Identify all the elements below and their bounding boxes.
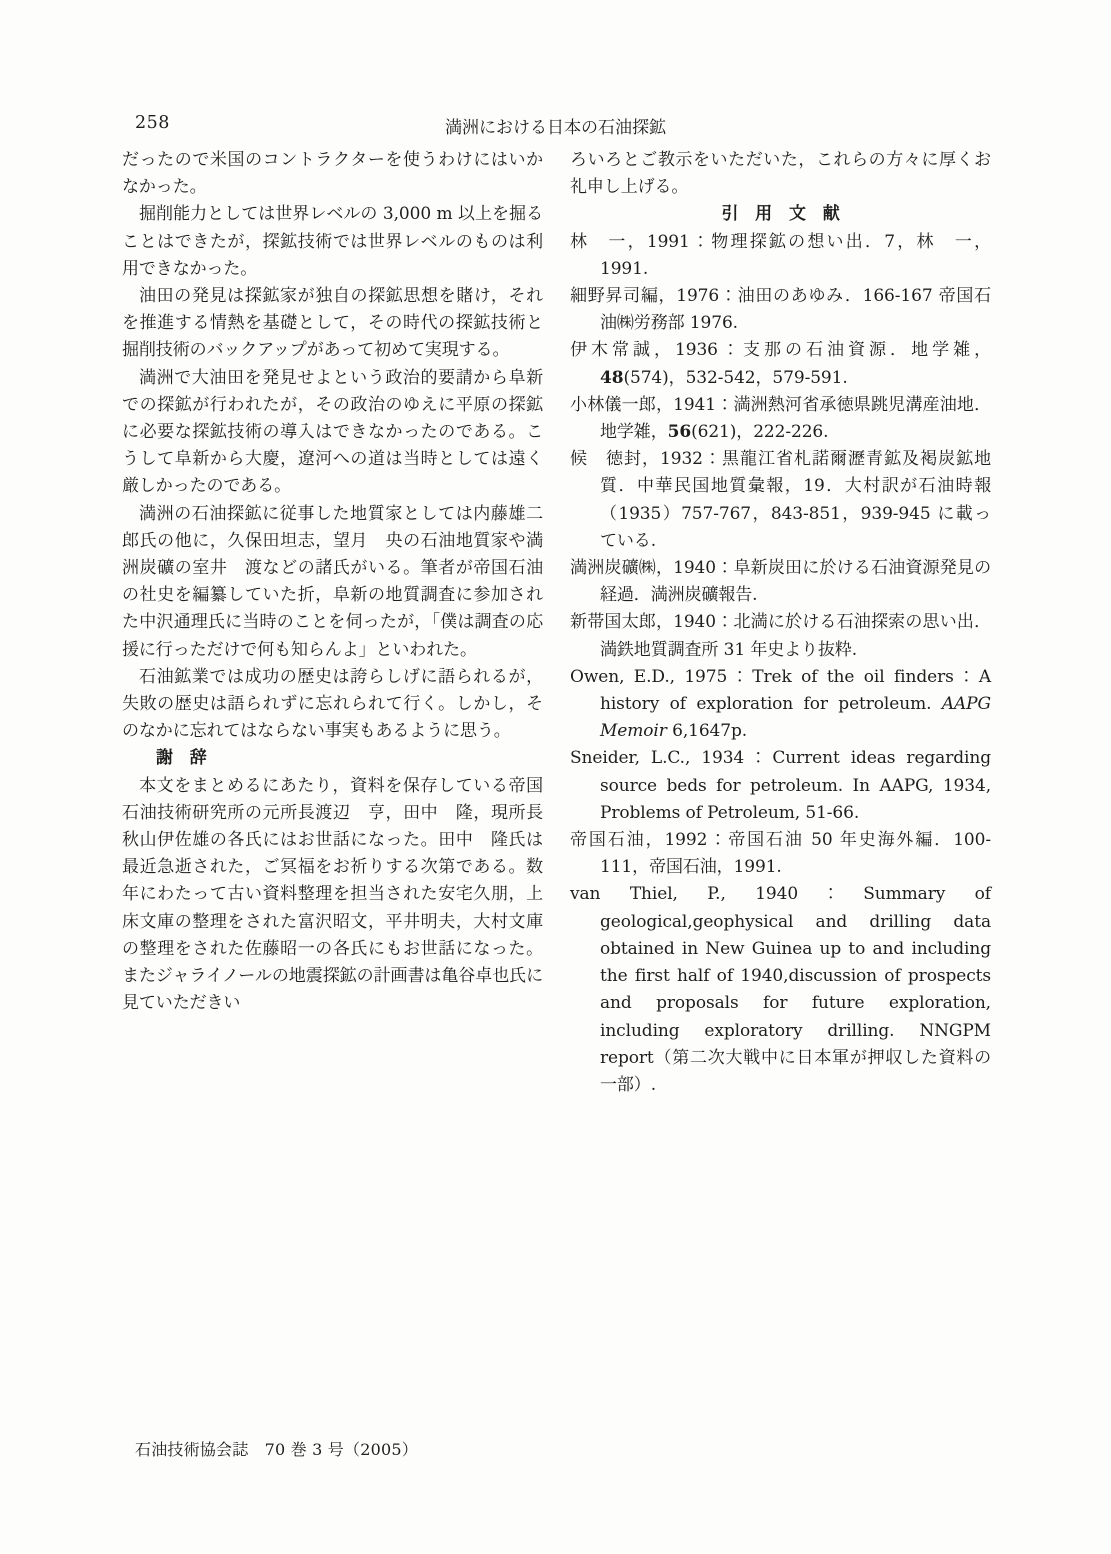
reference-text: 帝国石油，1992：帝国石油 50 年史海外編．100-111，帝国石油，199… [570,830,991,877]
acknowledgments-heading: 謝 辞 [122,745,543,772]
reference-item: 候 徳封，1932：黒龍江省札諾爾瀝青鉱及褐炭鉱地質．中華民国地質彙報，19．大… [570,446,991,555]
reference-text: 林 一，1991：物理探鉱の想い出．7，林 一，1991. [570,232,991,279]
reference-item: Owen, E.D., 1975：Trek of the oil finders… [570,664,991,746]
reference-text: 候 徳封，1932：黒龍江省札諾爾瀝青鉱及褐炭鉱地質．中華民国地質彙報，19．大… [570,449,991,551]
paragraph: 石油鉱業では成功の歴史は誇らしげに語られるが，失敗の歴史は語られずに忘れられて行… [122,664,543,746]
reference-item: 帝国石油，1992：帝国石油 50 年史海外編．100-111，帝国石油，199… [570,827,991,881]
page-header: 258 満洲における日本の石油探鉱 [0,113,1111,141]
reference-item: 小林儀一郎，1941：満洲熱河省承徳県跳児溝産油地．地学雑，56(621)，22… [570,392,991,446]
reference-item: 林 一，1991：物理探鉱の想い出．7，林 一，1991. [570,229,991,283]
reference-text: 48 [600,368,623,388]
acknowledgments-paragraph: 本文をまとめるにあたり，資料を保存している帝国石油技術研究所の元所長渡辺 亨，田… [122,773,543,1018]
left-column-paragraphs: だったので米国のコントラクターを使うわけにはいかなかった。掘削能力としては世界レ… [122,147,543,745]
paragraph: 満洲で大油田を発見せよという政治的要請から阜新での探鉱が行われたが，その政治のゆ… [122,365,543,501]
right-column: ろいろとご教示をいただいた，これらの方々に厚くお礼申し上げる。 引 用 文 献 … [570,147,991,1099]
page: 258 満洲における日本の石油探鉱 だったので米国のコントラクターを使うわけには… [0,0,1111,1554]
reference-text: (621)，222-226. [691,422,828,442]
references-heading: 引 用 文 献 [570,201,991,228]
paragraph: 油田の発見は探鉱家が独自の探鉱思想を賭け，それを推進する情熱を基礎として，その時… [122,283,543,365]
reference-text: Sneider, L.C., 1934：Current ideas regard… [570,748,991,822]
reference-text: 細野昇司編，1976：油田のあゆみ．166-167 帝国石油㈱労務部 1976. [570,286,991,333]
reference-text: 新帯国太郎，1940：北満に於ける石油探索の思い出．満鉄地質調査所 31 年史よ… [570,612,991,659]
reference-item: 満洲炭礦㈱，1940：阜新炭田に於ける石油資源発見の経過．満洲炭礦報告. [570,555,991,609]
reference-item: 細野昇司編，1976：油田のあゆみ．166-167 帝国石油㈱労務部 1976. [570,283,991,337]
reference-item: van Thiel, P., 1940：Summary of geologica… [570,881,991,1099]
reference-item: Sneider, L.C., 1934：Current ideas regard… [570,745,991,827]
journal-citation: 石油技術協会誌 70 巻 3 号（2005） [135,1440,418,1459]
reference-text: 伊木常誠，1936：支那の石油資源．地学雑， [570,340,991,360]
references-list: 林 一，1991：物理探鉱の想い出．7，林 一，1991.細野昇司編，1976：… [570,229,991,1100]
paragraph: 満洲の石油探鉱に従事した地質家としては内藤雄二郎氏の他に，久保田坦志，望月 央の… [122,501,543,664]
reference-text: 6,1647p. [667,721,747,741]
reference-text: van Thiel, P., 1940：Summary of geologica… [570,884,991,1094]
left-column: だったので米国のコントラクターを使うわけにはいかなかった。掘削能力としては世界レ… [122,147,543,1018]
reference-item: 伊木常誠，1936：支那の石油資源．地学雑，48(574)，532-542，57… [570,337,991,391]
reference-item: 新帯国太郎，1940：北満に於ける石油探索の思い出．満鉄地質調査所 31 年史よ… [570,609,991,663]
reference-text: Owen, E.D., 1975：Trek of the oil finders… [570,667,991,714]
paragraph: 掘削能力としては世界レベルの 3,000 m 以上を掘ることはできたが，探鉱技術… [122,201,543,283]
running-title: 満洲における日本の石油探鉱 [0,113,1111,138]
page-footer: 石油技術協会誌 70 巻 3 号（2005） [135,1437,418,1460]
paragraph: だったので米国のコントラクターを使うわけにはいかなかった。 [122,147,543,201]
reference-text: 満洲炭礦㈱，1940：阜新炭田に於ける石油資源発見の経過．満洲炭礦報告. [570,558,991,605]
reference-text: 56 [668,422,691,442]
continuation-paragraph: ろいろとご教示をいただいた，これらの方々に厚くお礼申し上げる。 [570,147,991,201]
reference-text: (574)，532-542，579-591. [623,368,847,388]
